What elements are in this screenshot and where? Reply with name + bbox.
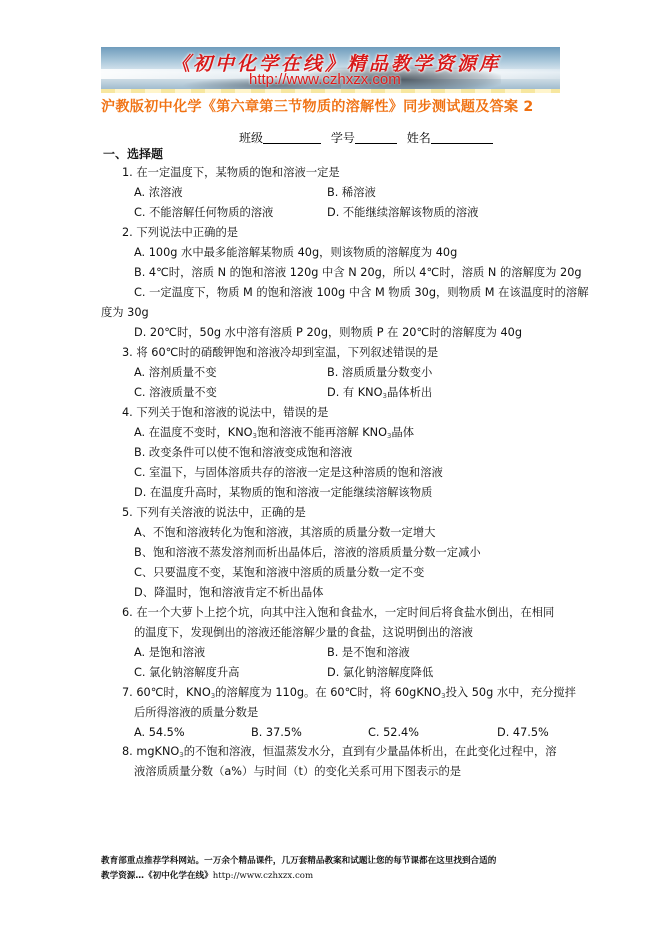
student-number-field[interactable] (355, 131, 397, 144)
question-3-stem: 3. 将 60℃时的硝酸钾饱和溶液冷却到室温，下列叙述错误的是 (122, 346, 438, 360)
question-3-option-c[interactable]: C. 溶液质量不变 (134, 386, 217, 400)
question-4-option-a[interactable]: A. 在温度不变时，KNO3饱和溶液不能再溶解 KNO3晶体 (134, 426, 414, 443)
question-7-option-b[interactable]: B. 37.5% (251, 726, 302, 740)
question-7-option-c[interactable]: C. 52.4% (368, 726, 419, 740)
option-text: 晶体 (392, 426, 415, 439)
question-1-option-c[interactable]: C. 不能溶解任何物质的溶液 (134, 206, 273, 220)
question-8-stem-cont: 液溶质质量分数（a%）与时间（t）的变化关系可用下图表示的是 (134, 765, 461, 779)
footer-line-1: 教育部重点推荐学科网站。一万余个精品课件，几万套精品教案和试题让您的每节课都在这… (101, 854, 566, 869)
question-8-stem: 8. mgKNO3的不饱和溶液，恒温蒸发水分，直到有少量晶体析出，在此变化过程中… (122, 745, 557, 762)
question-5-option-d[interactable]: D、降温时，饱和溶液肯定不析出晶体 (134, 586, 323, 600)
question-7-stem: 7. 60℃时，KNO3的溶解度为 110g。在 60℃时，将 60gKNO3投… (122, 686, 576, 703)
question-5-option-b[interactable]: B、饱和溶液不蒸发溶剂而析出晶体后，溶液的溶质质量分数一定减小 (134, 546, 481, 560)
question-3-option-d[interactable]: D. 有 KNO3晶体析出 (327, 386, 432, 403)
question-6-option-a[interactable]: A. 是饱和溶液 (134, 646, 205, 660)
question-4-option-b[interactable]: B. 改变条件可以使不饱和溶液变成饱和溶液 (134, 446, 352, 460)
question-2-option-a[interactable]: A. 100g 水中最多能溶解某物质 40g，则该物质的溶解度为 40g (134, 246, 457, 260)
stem-text: 7. 60℃时，KNO (122, 686, 211, 699)
stem-text: 的溶解度为 110g。在 60℃时，将 60gKNO (215, 686, 441, 699)
banner-url[interactable]: http://www.czhxzx.com (249, 71, 401, 88)
name-field[interactable] (431, 131, 493, 144)
question-1-stem: 1. 在一定温度下，某物质的饱和溶液一定是 (122, 166, 340, 180)
question-6-option-c[interactable]: C. 氯化钠溶解度升高 (134, 666, 239, 680)
question-5-option-c[interactable]: C、只要温度不变，某饱和溶液中溶质的质量分数一定不变 (134, 566, 424, 580)
option-text: D. 有 KNO (327, 386, 383, 399)
question-2-option-b[interactable]: B. 4℃时，溶质 N 的饱和溶液 120g 中含 N 20g，所以 4℃时，溶… (134, 266, 582, 280)
class-label: 班级 (239, 131, 263, 145)
footer-line-2: 教学资源…《初中化学在线》http://www.czhxzx.com (101, 869, 566, 884)
option-text: 晶体析出 (387, 386, 432, 399)
question-5-option-a[interactable]: A、不饱和溶液转化为饱和溶液，其溶质的质量分数一定增大 (134, 526, 435, 540)
banner-strip (101, 89, 560, 93)
question-4-option-d[interactable]: D. 在温度升高时，某物质的饱和溶液一定能继续溶解该物质 (134, 486, 432, 500)
footer-text: 教学资源…《初中化学在线》 (101, 871, 213, 881)
option-text: A. 在温度不变时，KNO (134, 426, 253, 439)
header-banner: 《初中化学在线》精品教学资源库 http://www.czhxzx.com (101, 47, 560, 93)
student-number-label: 学号 (331, 131, 355, 145)
question-2-option-c[interactable]: C. 一定温度下，物质 M 的饱和溶液 100g 中含 M 物质 30g，则物质… (134, 286, 589, 300)
question-2-stem: 2. 下列说法中正确的是 (122, 226, 238, 240)
stem-text: 8. mgKNO (122, 745, 179, 758)
question-3-option-b[interactable]: B. 溶质质量分数变小 (327, 366, 432, 380)
class-field[interactable] (263, 131, 321, 144)
question-7-option-a[interactable]: A. 54.5% (134, 726, 185, 740)
question-4-option-c[interactable]: C. 室温下，与固体溶质共存的溶液一定是这种溶质的饱和溶液 (134, 466, 443, 480)
question-6-option-d[interactable]: D. 氯化钠溶解度降低 (327, 666, 433, 680)
footer-url[interactable]: http://www.czhxzx.com (213, 871, 313, 881)
stem-text: 投入 50g 水中，充分搅拌 (446, 686, 576, 699)
question-6-stem: 6. 在一个大萝卜上挖个坑，向其中注入饱和食盐水，一定时间后将食盐水倒出，在相同 (122, 606, 554, 620)
question-7-option-d[interactable]: D. 47.5% (497, 726, 549, 740)
question-4-stem: 4. 下列关于饱和溶液的说法中，错误的是 (122, 406, 328, 420)
question-2-option-d[interactable]: D. 20℃时，50g 水中溶有溶质 P 20g，则物质 P 在 20℃时的溶解… (134, 326, 522, 340)
question-7-stem-cont: 后所得溶液的质量分数是 (134, 706, 258, 720)
page-footer: 教育部重点推荐学科网站。一万余个精品课件，几万套精品教案和试题让您的每节课都在这… (101, 854, 566, 884)
question-3-option-a[interactable]: A. 溶剂质量不变 (134, 366, 217, 380)
question-2-option-c-cont: 度为 30g (101, 306, 149, 320)
question-6-stem-cont: 的温度下，发现倒出的溶液还能溶解少量的食盐，这说明倒出的溶液 (134, 626, 473, 640)
question-1-option-a[interactable]: A. 浓溶液 (134, 186, 183, 200)
document-title: 沪教版初中化学《第六章第三节物质的溶解性》同步测试题及答案 2 (101, 96, 571, 116)
question-1-option-b[interactable]: B. 稀溶液 (327, 186, 376, 200)
name-label: 姓名 (407, 131, 431, 145)
question-1-option-d[interactable]: D. 不能继续溶解该物质的溶液 (327, 206, 478, 220)
option-text: 饱和溶液不能再溶解 KNO (257, 426, 387, 439)
section-title: 一、选择题 (103, 147, 163, 161)
student-info-line: 班级 学号 姓名 (239, 129, 499, 146)
stem-text: 的不饱和溶液，恒温蒸发水分，直到有少量晶体析出，在此变化过程中，溶 (184, 745, 557, 758)
question-5-stem: 5. 下列有关溶液的说法中，正确的是 (122, 506, 306, 520)
question-6-option-b[interactable]: B. 是不饱和溶液 (327, 646, 410, 660)
